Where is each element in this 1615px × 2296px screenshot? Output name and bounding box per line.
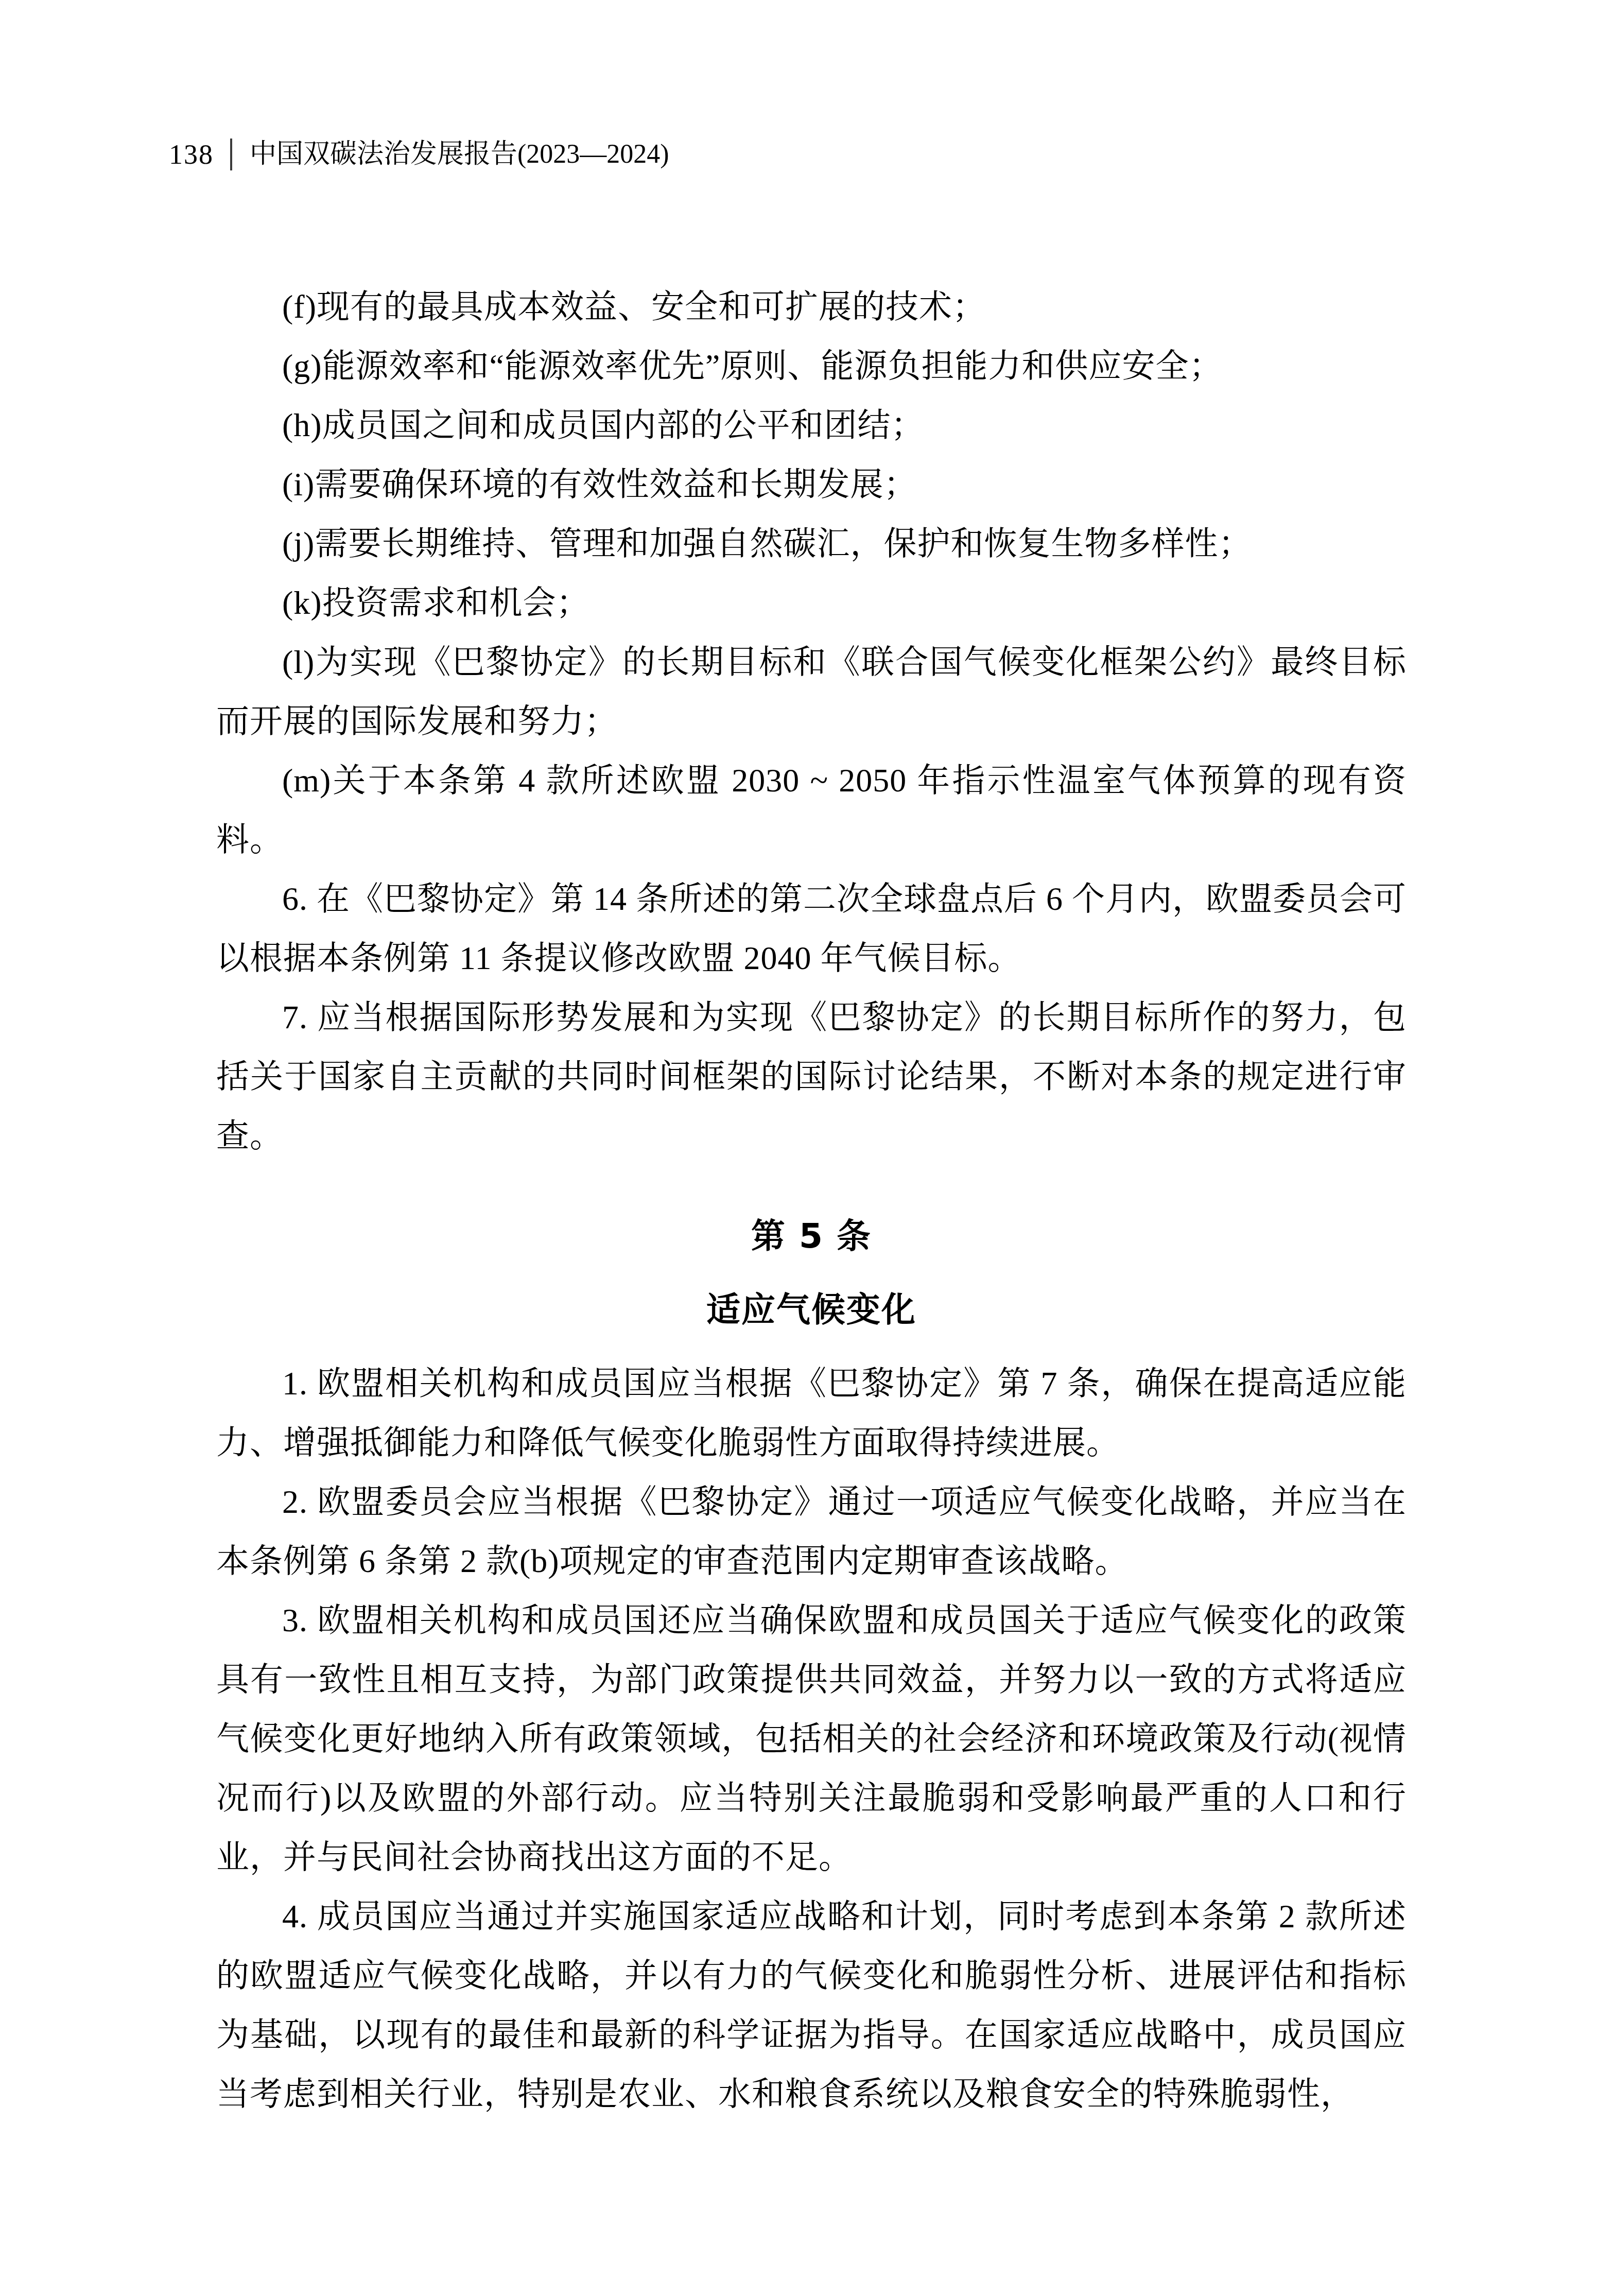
page-number: 138 xyxy=(169,135,214,174)
clause-paragraph-7: 7. 应当根据国际形势发展和为实现《巴黎协定》的长期目标所作的努力，包括关于国家… xyxy=(216,988,1406,1165)
clause-paragraph-1: 1. 欧盟相关机构和成员国应当根据《巴黎协定》第 7 条，确保在提高适应能力、增… xyxy=(216,1354,1406,1472)
list-item-i: (i)需要确保环境的有效性效益和长期发展； xyxy=(216,455,1406,514)
list-item-h: (h)成员国之间和成员国内部的公平和团结； xyxy=(216,395,1406,455)
book-title: 中国双碳法治发展报告(2023—2024) xyxy=(250,135,669,174)
article-title-heading: 适应气候变化 xyxy=(216,1275,1406,1344)
clause-paragraph-6: 6. 在《巴黎协定》第 14 条所述的第二次全球盘点后 6 个月内，欧盟委员会可… xyxy=(216,869,1406,988)
list-item-l: (l)为实现《巴黎协定》的长期目标和《联合国气候变化框架公约》最终目标而开展的国… xyxy=(216,632,1406,751)
clause-paragraph-4: 4. 成员国应当通过并实施国家适应战略和计划，同时考虑到本条第 2 款所述的欧盟… xyxy=(216,1887,1406,2124)
article-text-column: (f)现有的最具成本效益、安全和可扩展的技术； (g)能源效率和“能源效率优先”… xyxy=(216,277,1406,2124)
clause-paragraph-3: 3. 欧盟相关机构和成员国还应当确保欧盟和成员国关于适应气候变化的政策具有一致性… xyxy=(216,1591,1406,1887)
list-item-f: (f)现有的最具成本效益、安全和可扩展的技术； xyxy=(216,277,1406,336)
list-item-g: (g)能源效率和“能源效率优先”原则、能源负担能力和供应安全； xyxy=(216,336,1406,395)
list-item-k: (k)投资需求和机会； xyxy=(216,573,1406,632)
clause-paragraph-2: 2. 欧盟委员会应当根据《巴黎协定》通过一项适应气候变化战略，并应当在本条例第 … xyxy=(216,1472,1406,1591)
list-item-m: (m)关于本条第 4 款所述欧盟 2030 ~ 2050 年指示性温室气体预算的… xyxy=(216,751,1406,869)
book-page: 138 中国双碳法治发展报告(2023—2024) (f)现有的最具成本效益、安… xyxy=(0,0,1615,2296)
article-number-heading: 第 5 条 xyxy=(216,1201,1406,1271)
header-divider xyxy=(230,139,232,170)
running-head: 138 中国双碳法治发展报告(2023—2024) xyxy=(169,135,669,174)
list-item-j: (j)需要长期维持、管理和加强自然碳汇，保护和恢复生物多样性； xyxy=(216,514,1406,573)
